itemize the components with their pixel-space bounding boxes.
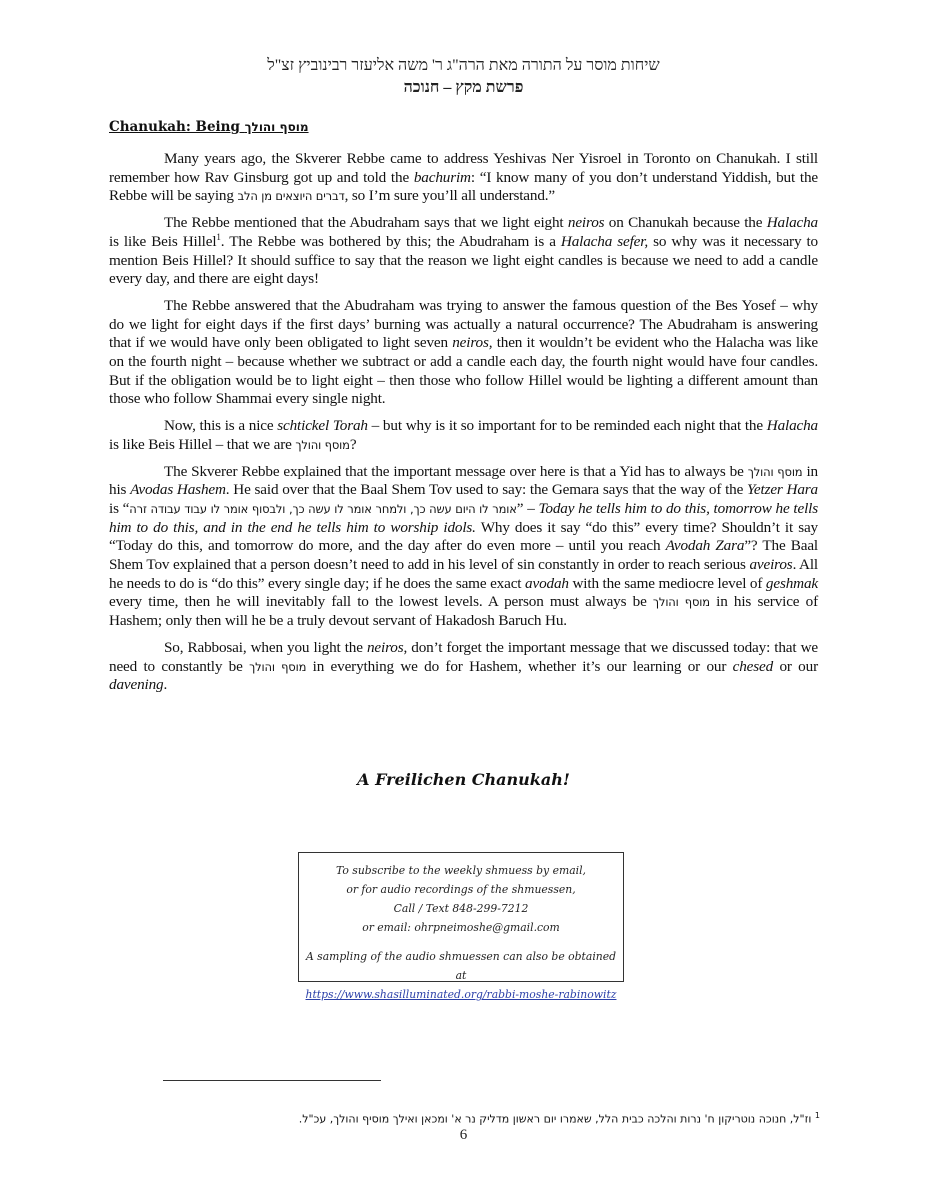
paragraph-5: The Skverer Rebbe explained that the imp… (109, 463, 818, 631)
closing-greeting: A Freilichen Chanukah! (0, 770, 927, 789)
subscription-info-box: To subscribe to the weekly shmuess by em… (298, 852, 624, 982)
infobox-spacer (299, 937, 623, 947)
header-series-title: שיחות מוסר על התורה מאת הרה"ג ר' משה אלי… (0, 55, 927, 77)
article-body: Chanukah: Being מוסף והולך Many years ag… (109, 118, 818, 703)
infobox-line-audio: or for audio recordings of the shmuessen… (299, 880, 623, 899)
paragraph-1: Many years ago, the Skverer Rebbe came t… (109, 150, 818, 206)
footnote-text: וז"ל, חנוכה נוטריקון ח' נרות והלכה כבית … (299, 1113, 812, 1126)
paragraph-3: The Rebbe answered that the Abudraham wa… (109, 297, 818, 409)
article-title: Chanukah: Being מוסף והולך (109, 118, 818, 136)
paragraph-4: Now, this is a nice schtickel Torah – bu… (109, 417, 818, 454)
infobox-line-phone: Call / Text 848-299-7212 (299, 899, 623, 918)
document-page: שיחות מוסר על התורה מאת הרה"ג ר' משה אלי… (0, 0, 927, 1200)
paragraph-2: The Rebbe mentioned that the Abudraham s… (109, 214, 818, 289)
footnote-marker: 1 (815, 1111, 820, 1120)
page-number: 6 (0, 1127, 927, 1144)
infobox-line-email: or email: ohrpneimoshe@gmail.com (299, 918, 623, 937)
paragraph-6: So, Rabbosai, when you light the neiros,… (109, 639, 818, 695)
title-hebrew: מוסף והולך (245, 120, 309, 134)
infobox-line-sampling: A sampling of the audio shmuessen can al… (299, 947, 623, 985)
footnote-separator (163, 1080, 381, 1081)
shasilluminated-link[interactable]: https://www.shasilluminated.org/rabbi-mo… (306, 988, 617, 1001)
footnote-1: 1 וז"ל, חנוכה נוטריקון ח' נרות והלכה כבי… (220, 1108, 820, 1128)
title-english: Chanukah: Being (109, 119, 245, 135)
infobox-line-subscribe: To subscribe to the weekly shmuess by em… (299, 861, 623, 880)
page-header: שיחות מוסר על התורה מאת הרה"ג ר' משה אלי… (0, 55, 927, 99)
header-parsha: פרשת מקץ – חנוכה (0, 77, 927, 99)
